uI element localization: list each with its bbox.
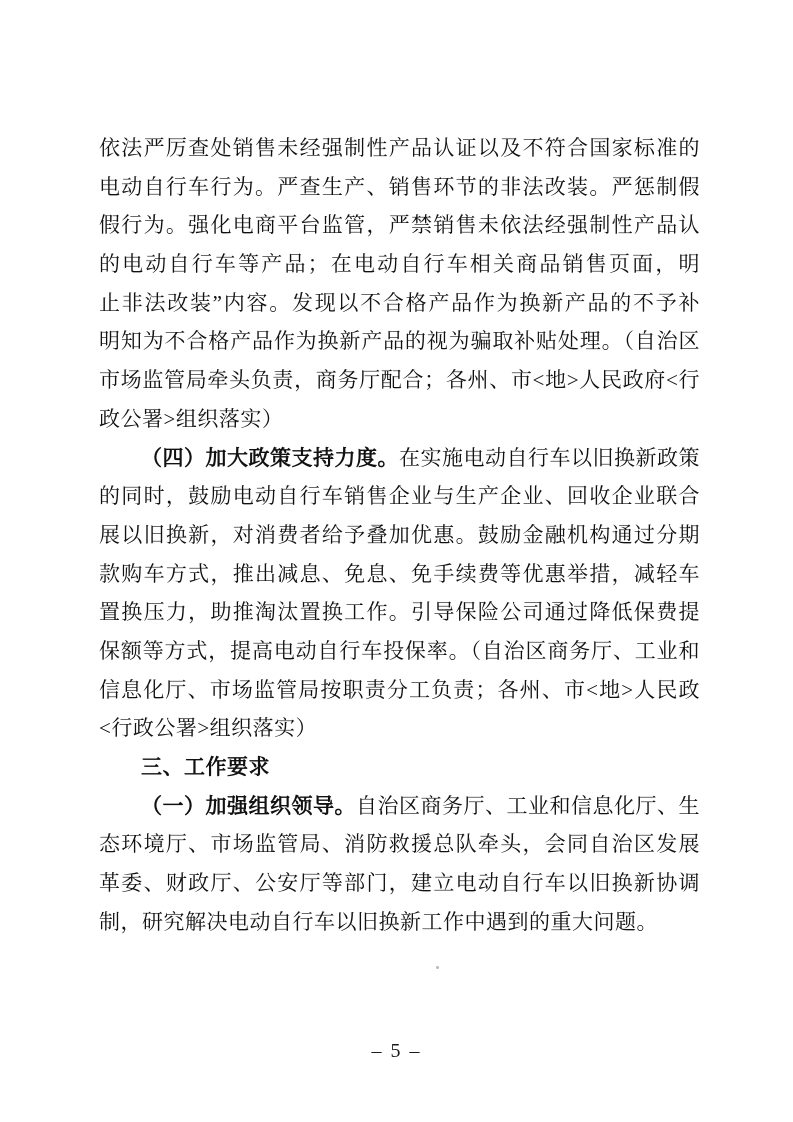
text-line: 信息化厅、市场监管局按职责分工负责；各州、市<地>人民政府	[99, 671, 700, 710]
text-line: 的电动自行车等产品；在电动自行车相关商品销售页面，明示“禁	[99, 245, 700, 284]
text-line: 置换压力，助推淘汰置换工作。引导保险公司通过降低保费提高	[99, 593, 700, 632]
text-line: 市场监管局牵头负责，商务厅配合；各州、市<地>人民政府<行	[99, 361, 700, 400]
text-line: 革委、财政厅、公安厅等部门，建立电动自行车以旧换新协调机	[99, 864, 700, 903]
bold-run-section-title: 三、工作要求	[141, 755, 270, 779]
text-run: 在实施电动自行车以旧换新政策	[399, 446, 700, 470]
text-line: 假行为。强化电商平台监管，严禁销售未依法经强制性产品认证	[99, 206, 700, 245]
page-number: – 5 –	[0, 1040, 793, 1063]
text-line-paragraph-start: （一）加强组织领导。自治区商务厅、工业和信息化厅、生	[99, 787, 700, 826]
bold-run-item-heading: （四）加大政策支持力度。	[141, 446, 399, 470]
bold-run-item-heading: （一）加强组织领导。	[141, 794, 356, 818]
text-line: 依法严厉查处销售未经强制性产品认证以及不符合国家标准的	[99, 129, 700, 168]
text-line: 款购车方式，推出减息、免息、免手续费等优惠举措，减轻车主	[99, 555, 700, 594]
text-line-paragraph-end: <行政公署>组织落实）	[99, 709, 700, 748]
text-line: 电动自行车行为。严查生产、销售环节的非法改装。严惩制假售	[99, 168, 700, 207]
document-page: 依法严厉查处销售未经强制性产品认证以及不符合国家标准的 电动自行车行为。严查生产…	[0, 0, 793, 1122]
text-line-paragraph-end: 制，研究解决电动自行车以旧换新工作中遇到的重大问题。	[99, 903, 700, 942]
text-line-paragraph-end: 政公署>组织落实）	[99, 400, 700, 439]
text-line: 保额等方式，提高电动自行车投保率。（自治区商务厅、工业和	[99, 632, 700, 671]
text-line: 态环境厅、市场监管局、消防救援总队牵头，会同自治区发展改	[99, 825, 700, 864]
text-line: 止非法改装”内容。发现以不合格产品作为换新产品的不予补贴，	[99, 284, 700, 323]
text-line: 的同时，鼓励电动自行车销售企业与生产企业、回收企业联合开	[99, 477, 700, 516]
section-heading: 三、工作要求	[99, 748, 700, 787]
text-line-paragraph-start: （四）加大政策支持力度。在实施电动自行车以旧换新政策	[99, 439, 700, 478]
text-line: 明知为不合格产品作为换新产品的视为骗取补贴处理。（自治区	[99, 322, 700, 361]
document-body: 依法严厉查处销售未经强制性产品认证以及不符合国家标准的 电动自行车行为。严查生产…	[99, 129, 700, 941]
scan-artifact-dot	[436, 966, 439, 969]
text-run: 自治区商务厅、工业和信息化厅、生	[356, 794, 700, 818]
text-line: 展以旧换新，对消费者给予叠加优惠。鼓励金融机构通过分期付	[99, 516, 700, 555]
